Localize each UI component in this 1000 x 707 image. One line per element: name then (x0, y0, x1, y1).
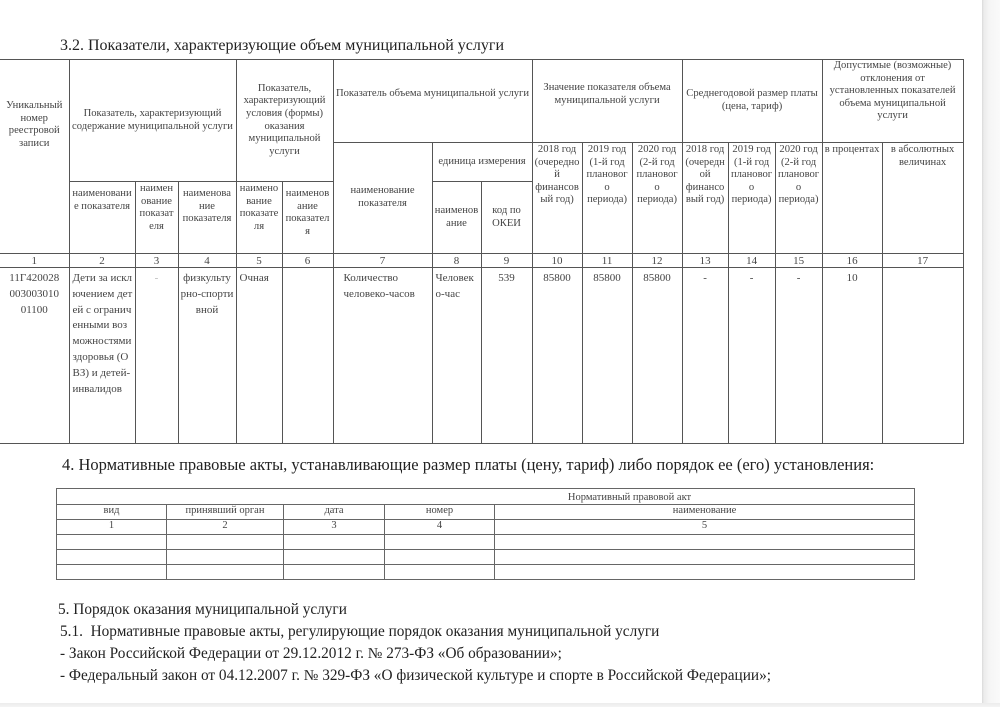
column-number: 3 (135, 254, 178, 268)
cell (495, 535, 915, 550)
header-indicator-name: наименование показателя (333, 143, 432, 254)
header-volume-value: Значение показателя объема муниципальной… (532, 60, 682, 143)
volume-indicators-table: Уникальный номер реестровой записи Показ… (0, 59, 964, 444)
header-condition-name-1: наименование показателя (236, 182, 282, 254)
header-avg-fee: Среднегодовой размер платы (цена, тариф) (682, 60, 822, 143)
cell (495, 550, 915, 565)
header-content-name-3: наименование показателя (178, 182, 236, 254)
cell (385, 565, 495, 580)
header-fee-2019: 2019 год (1-й год планового периода) (728, 143, 775, 254)
header-value-2020: 2020 год (2-й год планового периода) (632, 143, 682, 254)
cell-condition-2 (282, 268, 333, 444)
cell-content-2: - (135, 268, 178, 444)
cell-deviation-absolute (882, 268, 963, 444)
cell (495, 565, 915, 580)
cell-unit-name: Человеко-час (432, 268, 481, 444)
cell-content-3: физкультурно-спортивной (178, 268, 236, 444)
column-number: 1 (57, 520, 167, 535)
cell (385, 550, 495, 565)
column-number: 4 (178, 254, 236, 268)
cell (284, 565, 385, 580)
legal-act-header: Нормативный правовой акт (57, 489, 915, 505)
header-content-name-1: наименование показателя (69, 182, 135, 254)
header-unique-number: Уникальный номер реестровой записи (0, 60, 69, 254)
cell-indicator-name: Количество человеко-часов (333, 268, 432, 444)
column-number: 1 (0, 254, 69, 268)
column-header-number: номер (385, 505, 495, 520)
column-number: 10 (532, 254, 582, 268)
cell-condition-1: Очная (236, 268, 282, 444)
column-number: 15 (775, 254, 822, 268)
column-number: 17 (882, 254, 963, 268)
table-row: 11Г42002800300301001100 Дети за исключен… (0, 268, 963, 444)
column-number: 2 (69, 254, 135, 268)
cell-content-1: Дети за исключением детей с ограниченным… (69, 268, 135, 444)
header-unit-name: наименование (432, 182, 481, 254)
header-allowed-deviation: Допустимые (возможные) отклонения от уст… (822, 60, 963, 143)
column-number: 16 (822, 254, 882, 268)
legal-act-item: - Федеральный закон от 04.12.2007 г. № 3… (60, 667, 771, 685)
column-number: 13 (682, 254, 728, 268)
column-number: 5 (495, 520, 915, 535)
column-header-type: вид (57, 505, 167, 520)
cell-value-2019: 85800 (582, 268, 632, 444)
table-row (57, 535, 915, 550)
header-value-2019: 2019 год (1-й год планового периода) (582, 143, 632, 254)
column-number: 12 (632, 254, 682, 268)
header-conditions-indicator: Показатель, характеризующий условия (фор… (236, 60, 333, 182)
cell (284, 550, 385, 565)
column-number: 3 (284, 520, 385, 535)
header-content-name-2: наименование показателя (135, 182, 178, 254)
table-row (57, 565, 915, 580)
cell (284, 535, 385, 550)
column-number: 8 (432, 254, 481, 268)
legal-acts-fee-table: Нормативный правовой акт вид принявший о… (56, 488, 915, 580)
column-number: 9 (481, 254, 532, 268)
cell (57, 535, 167, 550)
cell (167, 535, 284, 550)
header-okei-code: код по ОКЕИ (481, 182, 532, 254)
header-unit: единица измерения (432, 143, 532, 182)
header-volume-indicator: Показатель объема муниципальной услуги (333, 60, 532, 143)
header-percent: в процентах (822, 143, 882, 254)
section-5-1-subtitle: 5.1. Нормативные правовые акты, регулиру… (60, 623, 659, 641)
column-number: 2 (167, 520, 284, 535)
header-condition-name-2: наименование показателя (282, 182, 333, 254)
column-number: 4 (385, 520, 495, 535)
cell (57, 565, 167, 580)
cell (167, 565, 284, 580)
cell (57, 550, 167, 565)
cell-fee-2020: - (775, 268, 822, 444)
column-header-date: дата (284, 505, 385, 520)
column-number: 14 (728, 254, 775, 268)
header-fee-2020: 2020 год (2-й год планового периода) (775, 143, 822, 254)
legal-act-item: - Закон Российской Федерации от 29.12.20… (60, 645, 562, 663)
header-value-2018: 2018 год (очередной финансовый год) (532, 143, 582, 254)
column-number: 7 (333, 254, 432, 268)
column-number: 11 (582, 254, 632, 268)
cell-fee-2018: - (682, 268, 728, 444)
section-4-title: 4. Нормативные правовые акты, устанавлив… (62, 455, 874, 475)
header-content-indicator: Показатель, характеризующий содержание м… (69, 60, 236, 182)
scan-page-edge (982, 0, 1000, 707)
section-3-2-title: 3.2. Показатели, характеризующие объем м… (60, 37, 504, 55)
cell (385, 535, 495, 550)
table-row (57, 550, 915, 565)
cell-value-2020: 85800 (632, 268, 682, 444)
section-5-title: 5. Порядок оказания муниципальной услуги (58, 601, 347, 619)
column-header-name: наименование (495, 505, 915, 520)
scan-bottom-edge (0, 703, 1000, 707)
cell-deviation-percent: 10 (822, 268, 882, 444)
column-number: 6 (282, 254, 333, 268)
cell-value-2018: 85800 (532, 268, 582, 444)
cell-okei-code: 539 (481, 268, 532, 444)
column-header-authority: принявший орган (167, 505, 284, 520)
header-fee-2018: 2018 год (очередной финансовый год) (682, 143, 728, 254)
cell (167, 550, 284, 565)
header-absolute: в абсолютных величинах (882, 143, 963, 254)
column-numbers-row: 1 2 3 4 5 6 7 8 9 10 11 12 13 14 15 16 1… (0, 254, 963, 268)
column-number: 5 (236, 254, 282, 268)
cell-fee-2019: - (728, 268, 775, 444)
cell-unique-number: 11Г42002800300301001100 (0, 268, 69, 444)
